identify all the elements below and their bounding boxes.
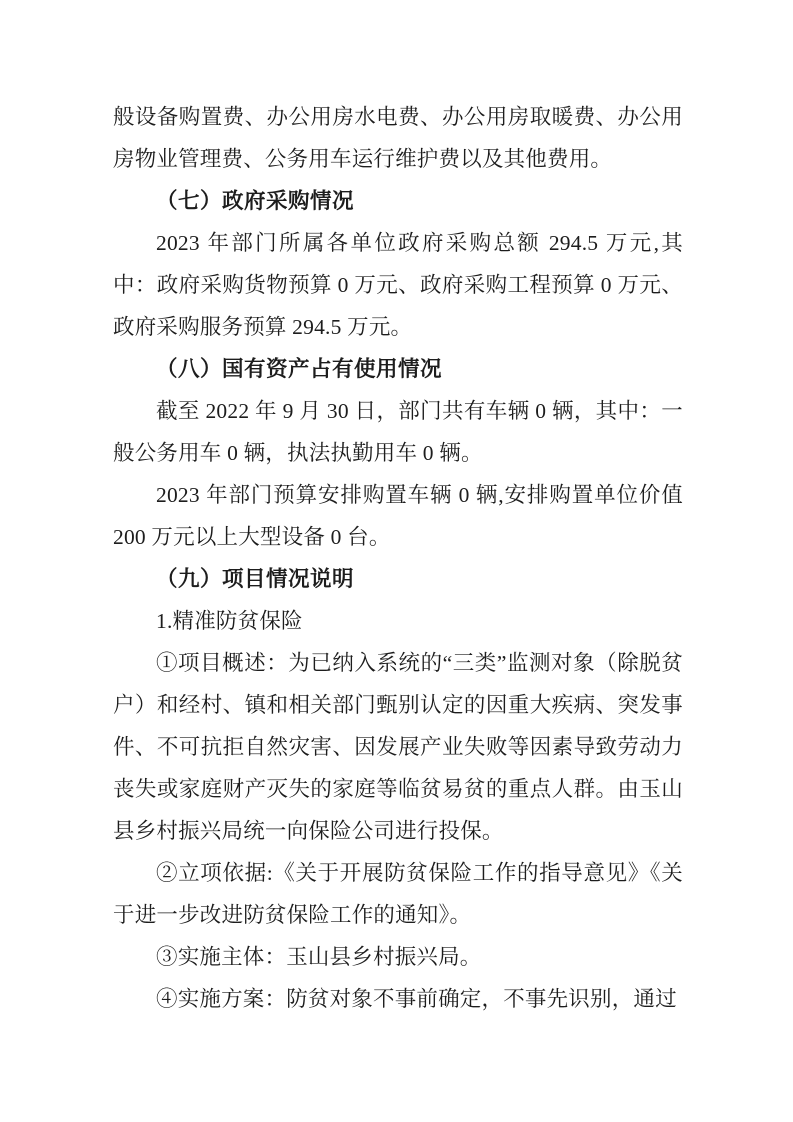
section-heading: （八）国有资产占有使用情况 — [113, 348, 683, 390]
page-content: 般设备购置费、办公用房水电费、办公用房取暖费、办公用房物业管理费、公务用车运行维… — [113, 96, 683, 1020]
paragraph: 2023 年部门预算安排购置车辆 0 辆,安排购置单位价值 200 万元以上大型… — [113, 474, 683, 558]
paragraph: ④实施方案：防贫对象不事前确定，不事先识别，通过 — [113, 978, 683, 1020]
paragraph: ②立项依据:《关于开展防贫保险工作的指导意见》《关于进一步改进防贫保险工作的通知… — [113, 852, 683, 936]
section-heading: （七）政府采购情况 — [113, 180, 683, 222]
paragraph: ①项目概述：为已纳入系统的“三类”监测对象（除脱贫户）和经村、镇和相关部门甄别认… — [113, 642, 683, 852]
paragraph: 般设备购置费、办公用房水电费、办公用房取暖费、办公用房物业管理费、公务用车运行维… — [113, 96, 683, 180]
paragraph: 截至 2022 年 9 月 30 日，部门共有车辆 0 辆，其中：一般公务用车 … — [113, 390, 683, 474]
document-page: 般设备购置费、办公用房水电费、办公用房取暖费、办公用房物业管理费、公务用车运行维… — [0, 0, 793, 1122]
paragraph: 1.精准防贫保险 — [113, 600, 683, 642]
paragraph: ③实施主体：玉山县乡村振兴局。 — [113, 936, 683, 978]
section-heading: （九）项目情况说明 — [113, 558, 683, 600]
paragraph: 2023 年部门所属各单位政府采购总额 294.5 万元,其中：政府采购货物预算… — [113, 222, 683, 348]
